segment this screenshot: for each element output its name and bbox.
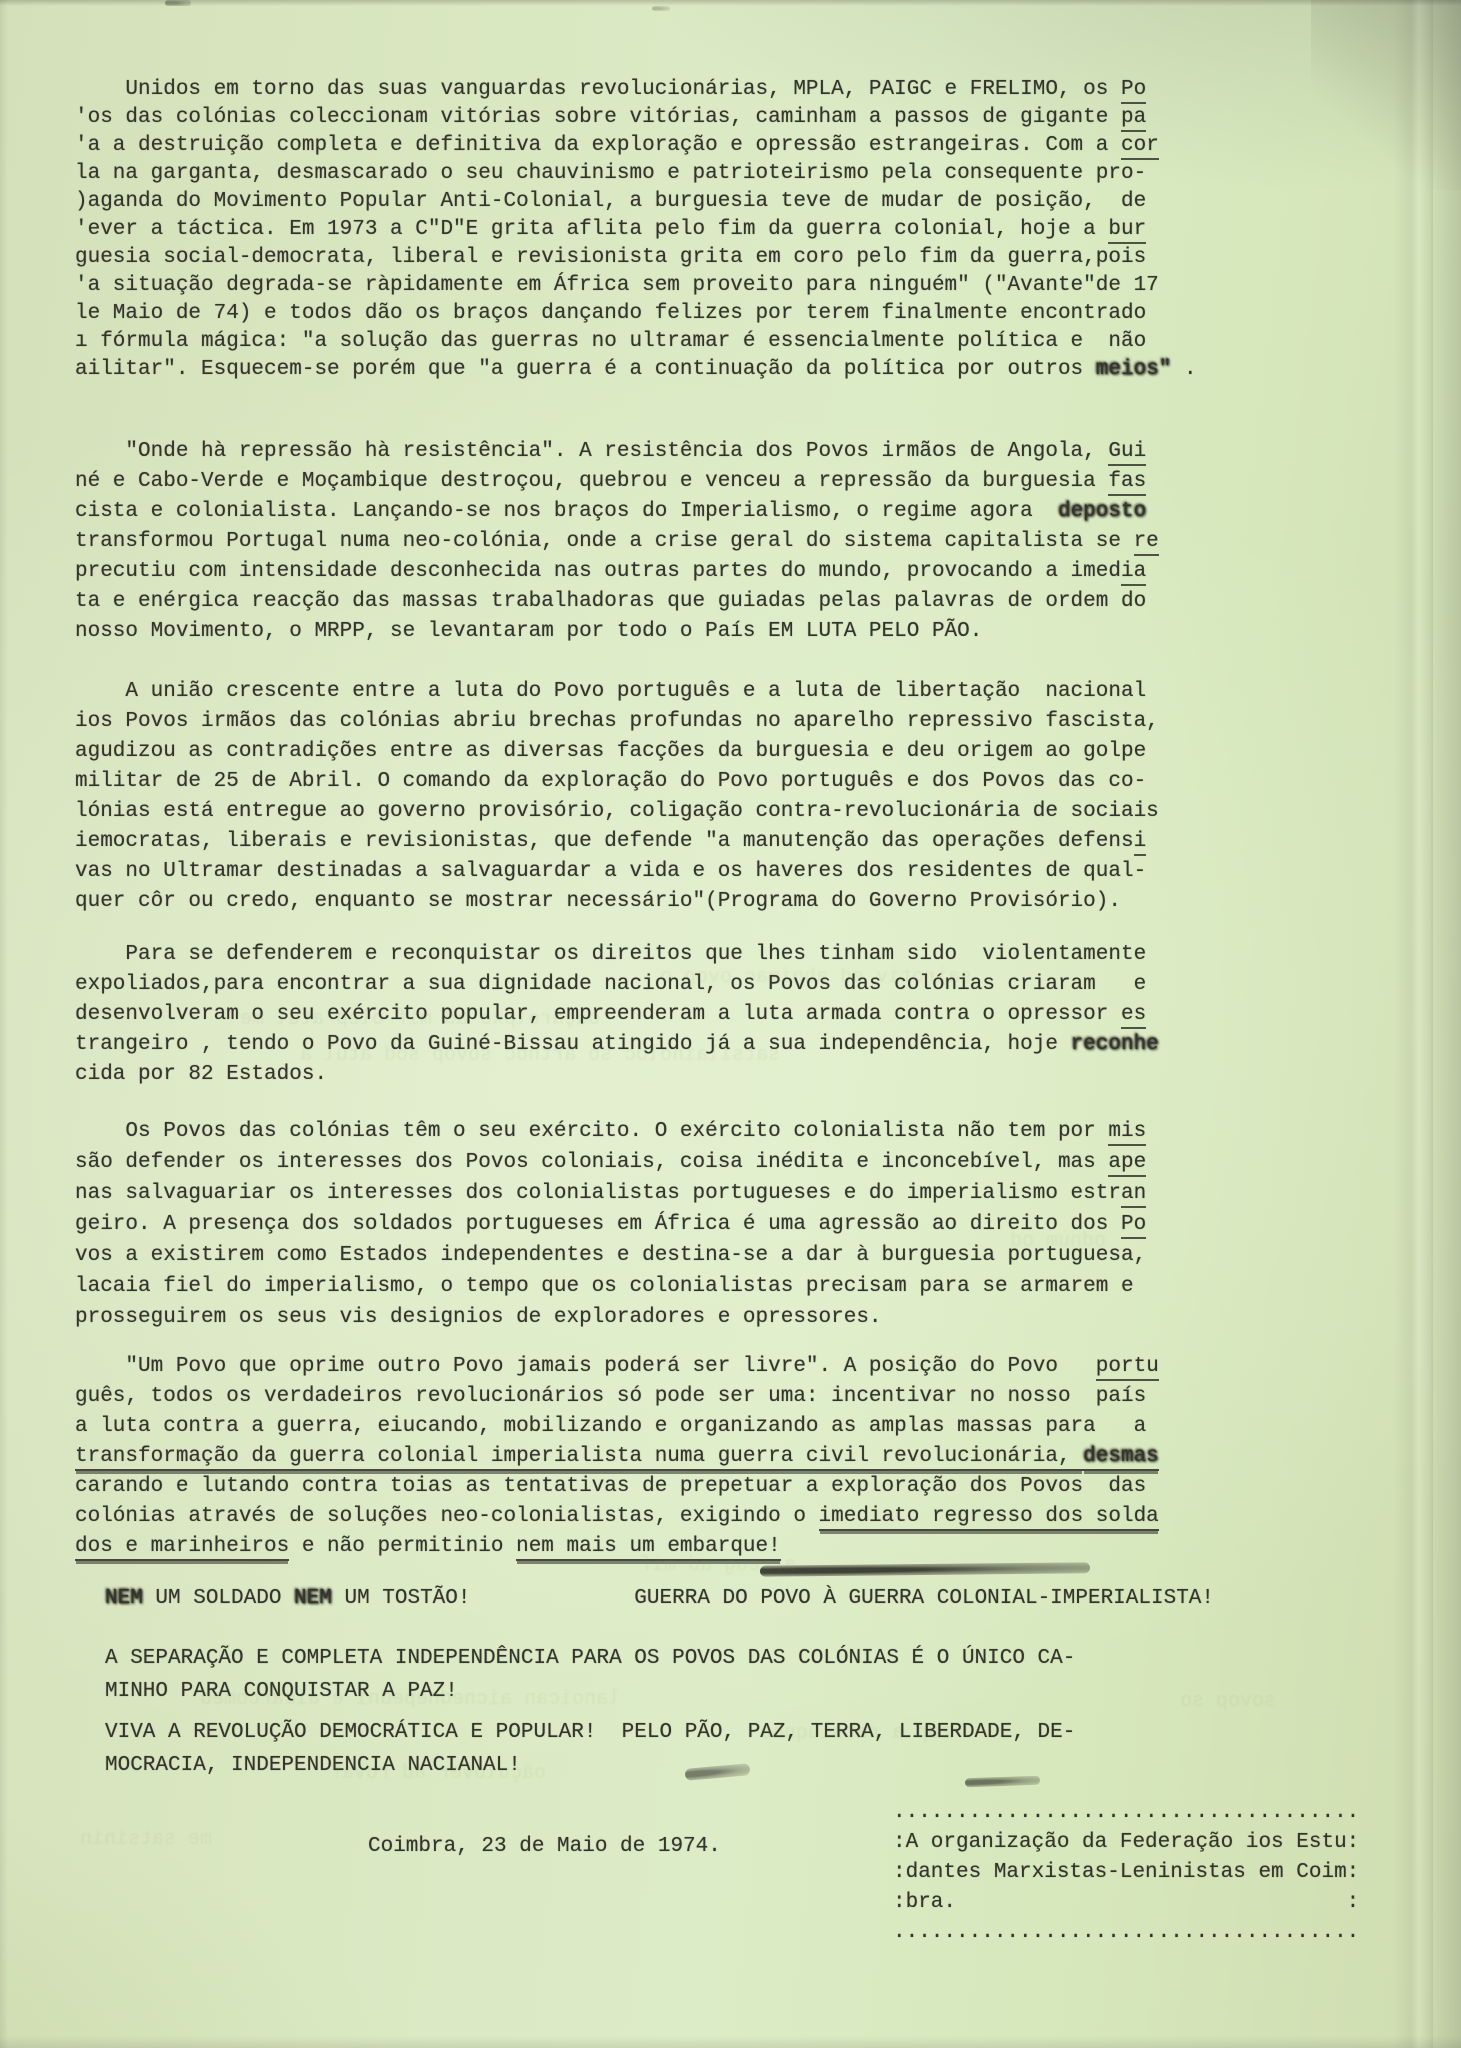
text-line: A SEPARAÇÃO E COMPLETA INDEPENDÊNCIA PAR… bbox=[105, 1642, 1075, 1675]
paragraph-6: "Um Povo que oprime outro Povo jamais po… bbox=[75, 1352, 1159, 1562]
bleedthrough-ghost-text: me satsinin bbox=[80, 1828, 212, 1851]
ink-smudge bbox=[165, 0, 191, 6]
text-line: nas salvaguariar os interesses dos colon… bbox=[75, 1178, 1146, 1209]
text-line: quer côr ou credo, enquanto se mostrar n… bbox=[75, 887, 1159, 917]
text-line: guesia social-democrata, liberal e revis… bbox=[75, 244, 1197, 272]
paragraph-2: "Onde hà repressão hà resistência". A re… bbox=[75, 437, 1159, 647]
paragraph-4: Para se defenderem e reconquistar os dir… bbox=[75, 940, 1159, 1090]
text-line: iemocratas, liberais e revisionistas, qu… bbox=[75, 827, 1159, 857]
paper-edge-bottom bbox=[0, 2036, 1461, 2048]
text-line: ..................................... bbox=[893, 1918, 1359, 1948]
slogan-2: A SEPARAÇÃO E COMPLETA INDEPENDÊNCIA PAR… bbox=[105, 1642, 1075, 1708]
text-line: cista e colonialista. Lançando-se nos br… bbox=[75, 497, 1159, 527]
text-line: transformação da guerra colonial imperia… bbox=[75, 1442, 1159, 1472]
text-line: MINHO PARA CONQUISTAR A PAZ! bbox=[105, 1675, 1075, 1708]
text-line: desenvolveram o seu exército popular, em… bbox=[75, 1000, 1159, 1030]
text-line: :dantes Marxistas-Leninistas em Coim: bbox=[893, 1858, 1359, 1888]
text-line: dos e marinheiros e não permitinio nem m… bbox=[75, 1532, 1159, 1562]
text-line: NEM UM SOLDADO NEM UM TOSTÃO! GUERRA DO … bbox=[105, 1584, 1214, 1614]
text-line: vas no Ultramar destinadas a salvaguarda… bbox=[75, 857, 1159, 887]
text-line: prosseguirem os seus vis designios de ex… bbox=[75, 1302, 1146, 1333]
text-line: ..................................... bbox=[893, 1798, 1359, 1828]
text-line: 'a situação degrada-se ràpidamente em Áf… bbox=[75, 272, 1197, 300]
slogan-3: VIVA A REVOLUÇÃO DEMOCRÁTICA E POPULAR! … bbox=[105, 1716, 1075, 1782]
text-line: né e Cabo-Verde e Moçambique destroçou, … bbox=[75, 467, 1159, 497]
text-line: vos a existirem como Estados independent… bbox=[75, 1240, 1146, 1271]
text-line: 'ever a táctica. Em 1973 a C"D"E grita a… bbox=[75, 216, 1197, 244]
text-line: le Maio de 74) e todos dão os braços dan… bbox=[75, 300, 1197, 328]
text-line: :A organização da Federação ios Estu: bbox=[893, 1828, 1359, 1858]
slogan-1: NEM UM SOLDADO NEM UM TOSTÃO! GUERRA DO … bbox=[105, 1584, 1214, 1614]
stamp-box: .....................................:A … bbox=[893, 1798, 1359, 1948]
text-line: Os Povos das colónias têm o seu exército… bbox=[75, 1116, 1146, 1147]
text-line: :bra. : bbox=[893, 1888, 1359, 1918]
paper-edge-right bbox=[1431, 0, 1461, 2048]
dateline: Coimbra, 23 de Maio de 1974. bbox=[368, 1832, 721, 1862]
bleedthrough-ghost-text: sovop so bbox=[1180, 1690, 1276, 1713]
text-line: lacaia fiel do imperialismo, o tempo que… bbox=[75, 1271, 1146, 1302]
text-line: guês, todos os verdadeiros revolucionári… bbox=[75, 1382, 1159, 1412]
text-line: trangeiro , tendo o Povo da Guiné-Bissau… bbox=[75, 1030, 1159, 1060]
text-line: 'os das colónias coleccionam vitórias so… bbox=[75, 104, 1197, 132]
text-line: ı fórmula mágica: "a solução das guerras… bbox=[75, 328, 1197, 356]
paragraph-5: Os Povos das colónias têm o seu exército… bbox=[75, 1116, 1146, 1333]
text-line: agudizou as contradições entre as divers… bbox=[75, 737, 1159, 767]
paper-edge-top bbox=[0, 0, 1461, 6]
text-line: la na garganta, desmascarado o seu chauv… bbox=[75, 160, 1197, 188]
paragraph-3: A união crescente entre a luta do Povo p… bbox=[75, 677, 1159, 917]
text-line: MOCRACIA, INDEPENDENCIA NACIANAL! bbox=[105, 1749, 1075, 1782]
text-line: ta e enérgica reacção das massas trabalh… bbox=[75, 587, 1159, 617]
text-line: ios Povos irmãos das colónias abriu brec… bbox=[75, 707, 1159, 737]
text-line: colónias através de soluções neo-colonia… bbox=[75, 1502, 1159, 1532]
paragraph-1: Unidos em torno das suas vanguardas revo… bbox=[75, 76, 1197, 384]
paper-crease-top-right bbox=[1311, 0, 1461, 190]
ink-smudge bbox=[760, 1562, 1090, 1576]
text-line: ailitar". Esquecem-se porém que "a guerr… bbox=[75, 356, 1197, 384]
text-line: precutiu com intensidade desconhecida na… bbox=[75, 557, 1159, 587]
text-line: "Um Povo que oprime outro Povo jamais po… bbox=[75, 1352, 1159, 1382]
text-line: 'a a destruição completa e definitiva da… bbox=[75, 132, 1197, 160]
text-line: expoliados,para encontrar a sua dignidad… bbox=[75, 970, 1159, 1000]
text-line: Unidos em torno das suas vanguardas revo… bbox=[75, 76, 1197, 104]
ink-smudge bbox=[652, 6, 670, 11]
document-page: Unidos em torno das suas vanguardas revo… bbox=[0, 0, 1461, 2048]
paper-fold-right bbox=[1393, 0, 1433, 2048]
text-line: nosso Movimento, o MRPP, se levantaram p… bbox=[75, 617, 1159, 647]
text-line: "Onde hà repressão hà resistência". A re… bbox=[75, 437, 1159, 467]
text-line: geiro. A presença dos soldados portugues… bbox=[75, 1209, 1146, 1240]
text-line: militar de 25 de Abril. O comando da exp… bbox=[75, 767, 1159, 797]
text-line: são defender os interesses dos Povos col… bbox=[75, 1147, 1146, 1178]
text-line: Para se defenderem e reconquistar os dir… bbox=[75, 940, 1159, 970]
text-line: A união crescente entre a luta do Povo p… bbox=[75, 677, 1159, 707]
paper-edge-left bbox=[0, 0, 8, 2048]
text-line: Coimbra, 23 de Maio de 1974. bbox=[368, 1832, 721, 1862]
text-line: a luta contra a guerra, eiucando, mobili… bbox=[75, 1412, 1159, 1442]
text-line: VIVA A REVOLUÇÃO DEMOCRÁTICA E POPULAR! … bbox=[105, 1716, 1075, 1749]
text-line: cida por 82 Estados. bbox=[75, 1060, 1159, 1090]
text-line: )aganda do Movimento Popular Anti-Coloni… bbox=[75, 188, 1197, 216]
text-line: carando e lutando contra toias as tentat… bbox=[75, 1472, 1159, 1502]
text-line: lónias está entregue ao governo provisór… bbox=[75, 797, 1159, 827]
text-line: transformou Portugal numa neo-colónia, o… bbox=[75, 527, 1159, 557]
